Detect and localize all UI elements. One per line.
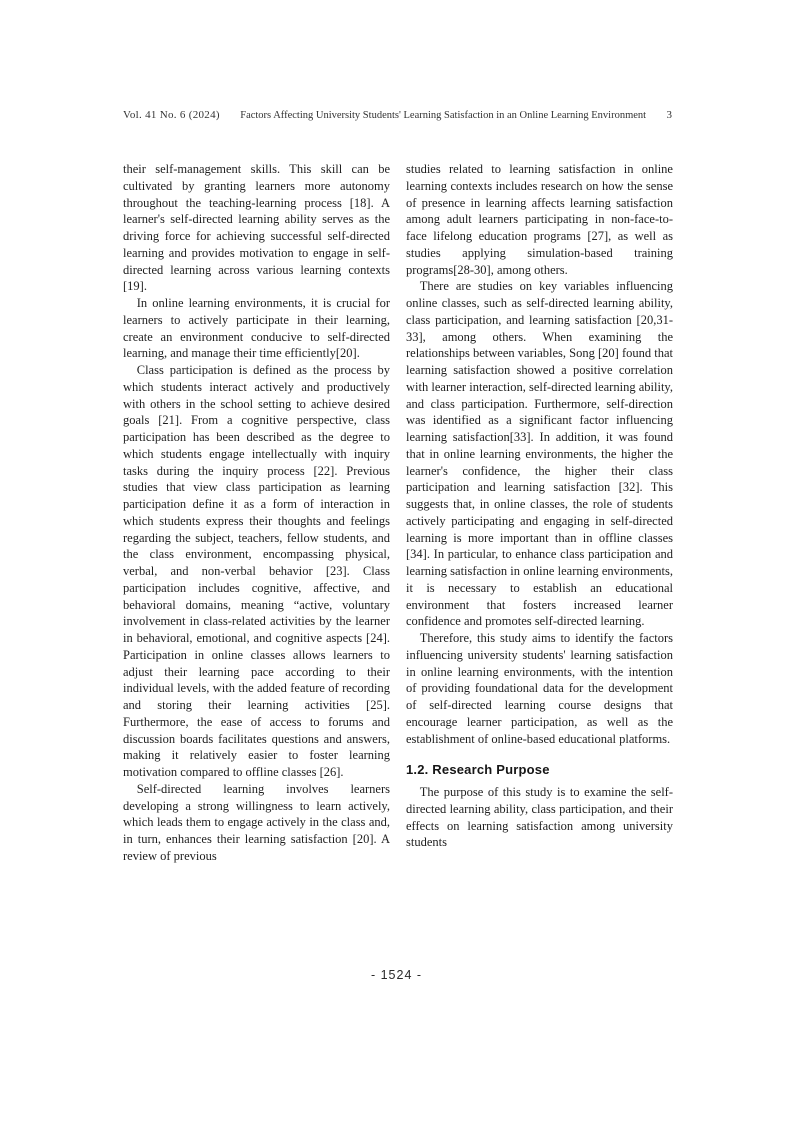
section-heading: 1.2. Research Purpose bbox=[406, 762, 673, 779]
paragraph: Self-directed learning involves learners… bbox=[123, 781, 390, 865]
footer-page-number: - 1524 - bbox=[371, 968, 422, 982]
body-columns: their self-management skills. This skill… bbox=[123, 161, 673, 865]
paragraph: studies related to learning satisfaction… bbox=[406, 161, 673, 278]
paragraph: In online learning environments, it is c… bbox=[123, 295, 390, 362]
paper-page: Vol. 41 No. 6 (2024) Factors Affecting U… bbox=[0, 0, 793, 1121]
journal-volume-info: Vol. 41 No. 6 (2024) bbox=[123, 109, 220, 121]
right-column: studies related to learning satisfaction… bbox=[406, 161, 673, 865]
paragraph: their self-management skills. This skill… bbox=[123, 161, 390, 295]
paragraph: Class participation is defined as the pr… bbox=[123, 362, 390, 781]
running-title: Factors Affecting University Students' L… bbox=[220, 110, 667, 121]
left-column: their self-management skills. This skill… bbox=[123, 161, 390, 865]
page-footer: - 1524 - bbox=[0, 968, 793, 982]
paragraph: The purpose of this study is to examine … bbox=[406, 784, 673, 851]
header-page-number: 3 bbox=[667, 109, 673, 121]
paragraph: There are studies on key variables influ… bbox=[406, 278, 673, 630]
page-header: Vol. 41 No. 6 (2024) Factors Affecting U… bbox=[123, 109, 672, 121]
paragraph: Therefore, this study aims to identify t… bbox=[406, 630, 673, 747]
